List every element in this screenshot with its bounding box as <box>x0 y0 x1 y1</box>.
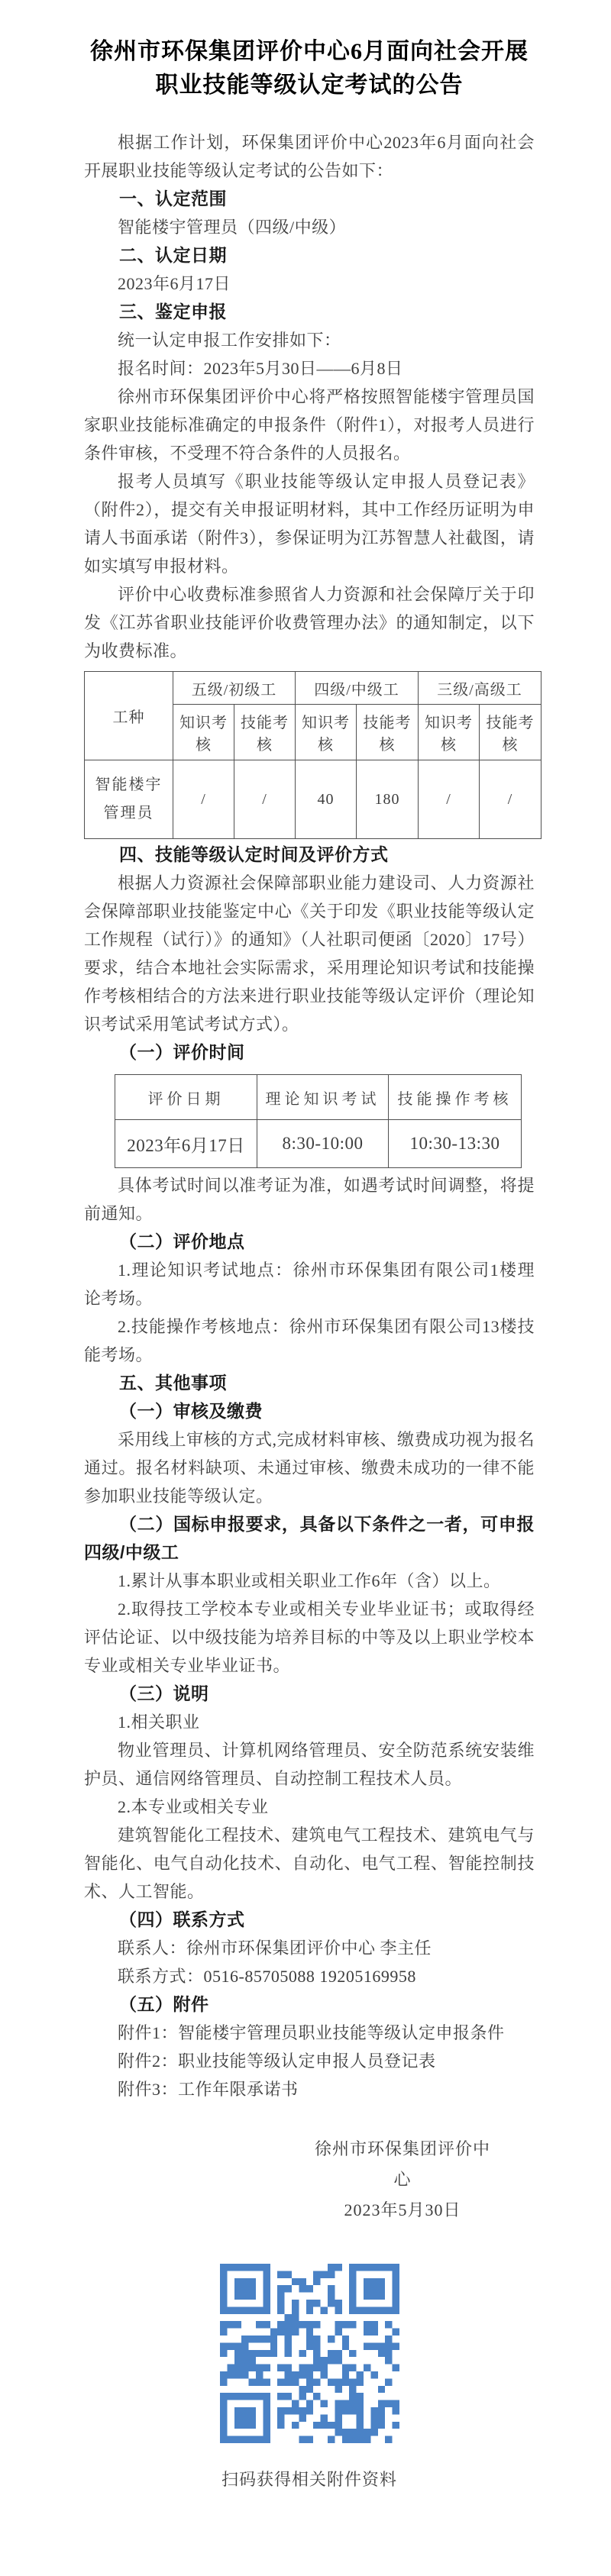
section-4-paragraph: 根据人力资源社会保障部职业能力建设司、人力资源社会保障部职业技能鉴定中心《关于印… <box>84 869 535 1038</box>
signature-date: 2023年5月30日 <box>307 2195 498 2226</box>
qr-caption: 扫码获得相关附件资料 <box>84 2467 535 2490</box>
page-title-line2: 职业技能等级认定考试的公告 <box>84 69 535 102</box>
fee-table-value-cell: 40 <box>296 760 357 839</box>
section-4-sub2-heading: （二）评价地点 <box>84 1228 535 1256</box>
document-body: 根据工作计划，环保集团评价中心2023年6月面向社会开展职业技能等级认定考试的公… <box>84 128 535 2103</box>
fee-table-sub-header: 技能考核 <box>480 705 541 760</box>
related-majors-list: 建筑智能化工程技术、建筑电气工程技术、建筑电气与智能化、电气自动化技术、自动化、… <box>84 1821 535 1906</box>
worktype-label: 智能楼宇管理员 <box>95 771 163 828</box>
fee-table-level-header: 三级/高级工 <box>419 672 541 705</box>
fee-table-level-header: 四级/中级工 <box>296 672 419 705</box>
page-title-line1: 徐州市环保集团评价中心6月面向社会开展 <box>84 35 535 69</box>
section-5-sub5-heading: （五）附件 <box>84 1990 535 2019</box>
section-3-paragraph: 报考人员填写《职业技能等级认定申报人员登记表》（附件2），提交有关申报证明材料，… <box>84 467 535 580</box>
fee-table-value-cell: / <box>480 760 541 839</box>
fee-table-value-cell: / <box>234 760 296 839</box>
section-5-sub2-heading: （二）国标申报要求，具备以下条件之一者，可申报四级/中级工 <box>84 1510 535 1567</box>
contact-person: 联系人：徐州市环保集团评价中心 李主任 <box>84 1934 535 1962</box>
section-2-heading: 二、认定日期 <box>84 241 535 270</box>
registration-period: 报名时间：2023年5月30日——6月8日 <box>84 354 535 383</box>
section-5-sub4-heading: （四）联系方式 <box>84 1906 535 1934</box>
fee-table-corner-cell: 工种 <box>85 672 173 760</box>
section-5-heading: 五、其他事项 <box>84 1369 535 1397</box>
theory-exam-location: 1.理论知识考试地点：徐州市环保集团有限公司1楼理论考场。 <box>84 1256 535 1312</box>
condition-item: 2.取得技工学校本专业或相关专业毕业证书；或取得经评估论证、以中级技能为培养目标… <box>84 1595 535 1680</box>
section-5-paragraph: 采用线上审核的方式,完成材料审核、缴费成功视为报名通过。报名材料缺项、未通过审核… <box>84 1425 535 1510</box>
fee-table-worktype-cell: 智能楼宇管理员 <box>85 760 173 839</box>
attachment-item-1: 附件1：智能楼宇管理员职业技能等级认定申报条件 <box>84 2019 535 2047</box>
time-table-header: 理论知识考试 <box>257 1075 389 1120</box>
section-4-paragraph: 具体考试时间以准考证为准，如遇考试时间调整，将提前通知。 <box>84 1171 535 1228</box>
section-1-body: 智能楼宇管理员（四级/中级） <box>84 213 535 241</box>
evaluation-date-cell: 2023年6月17日 <box>115 1120 257 1168</box>
section-3-heading: 三、鉴定申报 <box>84 298 535 326</box>
fee-table-sub-header: 知识考核 <box>173 705 234 760</box>
intro-paragraph: 根据工作计划，环保集团评价中心2023年6月面向社会开展职业技能等级认定考试的公… <box>84 128 535 185</box>
section-4-sub1-heading: （一）评价时间 <box>84 1038 535 1067</box>
fee-table-sub-header: 技能考核 <box>357 705 419 760</box>
fee-table-sub-header: 知识考核 <box>419 705 480 760</box>
page-title: 徐州市环保集团评价中心6月面向社会开展 职业技能等级认定考试的公告 <box>84 35 535 102</box>
announcement-document: 徐州市环保集团评价中心6月面向社会开展 职业技能等级认定考试的公告 根据工作计划… <box>0 0 611 2576</box>
fee-table-value-cell: 180 <box>357 760 419 839</box>
section-1-heading: 一、认定范围 <box>84 185 535 213</box>
section-3-paragraph: 统一认定申报工作安排如下： <box>84 326 535 354</box>
attachment-item-2: 附件2：职业技能等级认定申报人员登记表 <box>84 2047 535 2075</box>
time-table-header: 评价日期 <box>115 1075 257 1120</box>
section-5-sub3-heading: （三）说明 <box>84 1680 535 1708</box>
theory-exam-time-cell: 8:30-10:00 <box>257 1120 389 1168</box>
qr-code <box>220 2264 399 2443</box>
section-4-heading: 四、技能等级认定时间及评价方式 <box>84 841 535 869</box>
fee-table-sub-header: 技能考核 <box>234 705 296 760</box>
section-3-paragraph: 徐州市环保集团评价中心将严格按照智能楼宇管理员国家职业技能标准确定的申报条件（附… <box>84 383 535 467</box>
attachment-item-3: 附件3：工作年限承诺书 <box>84 2075 535 2103</box>
time-table-header: 技能操作考核 <box>389 1075 522 1120</box>
signature-org: 徐州市环保集团评价中心 <box>307 2134 498 2195</box>
fee-table-sub-header: 知识考核 <box>296 705 357 760</box>
skill-exam-location: 2.技能操作考核地点：徐州市环保集团有限公司13楼技能考场。 <box>84 1312 535 1369</box>
qr-code-section: 扫码获得相关附件资料 <box>84 2264 535 2490</box>
fee-standard-table: 工种 五级/初级工 四级/中级工 三级/高级工 知识考核 技能考核 知识考核 技… <box>84 671 541 839</box>
condition-item: 1.累计从事本职业或相关职业工作6年（含）以上。 <box>84 1567 535 1595</box>
section-5-sub1-heading: （一）审核及缴费 <box>84 1397 535 1425</box>
section-3-paragraph: 评价中心收费标准参照省人力资源和社会保障厅关于印发《江苏省职业技能评价收费管理办… <box>84 580 535 665</box>
skill-exam-time-cell: 10:30-13:30 <box>389 1120 522 1168</box>
fee-table-level-header: 五级/初级工 <box>173 672 296 705</box>
related-occupations-list: 物业管理员、计算机网络管理员、安全防范系统安装维护员、通信网络管理员、自动控制工… <box>84 1736 535 1793</box>
signature-block: 徐州市环保集团评价中心 2023年5月30日 <box>307 2134 498 2226</box>
evaluation-time-table: 评价日期 理论知识考试 技能操作考核 2023年6月17日 8:30-10:00… <box>115 1074 522 1168</box>
contact-phone: 联系方式：0516-85705088 19205169958 <box>84 1962 535 1990</box>
section-2-body: 2023年6月17日 <box>84 270 535 298</box>
fee-table-value-cell: / <box>173 760 234 839</box>
related-occupations-label: 1.相关职业 <box>84 1708 535 1736</box>
related-majors-label: 2.本专业或相关专业 <box>84 1793 535 1821</box>
fee-table-value-cell: / <box>419 760 480 839</box>
